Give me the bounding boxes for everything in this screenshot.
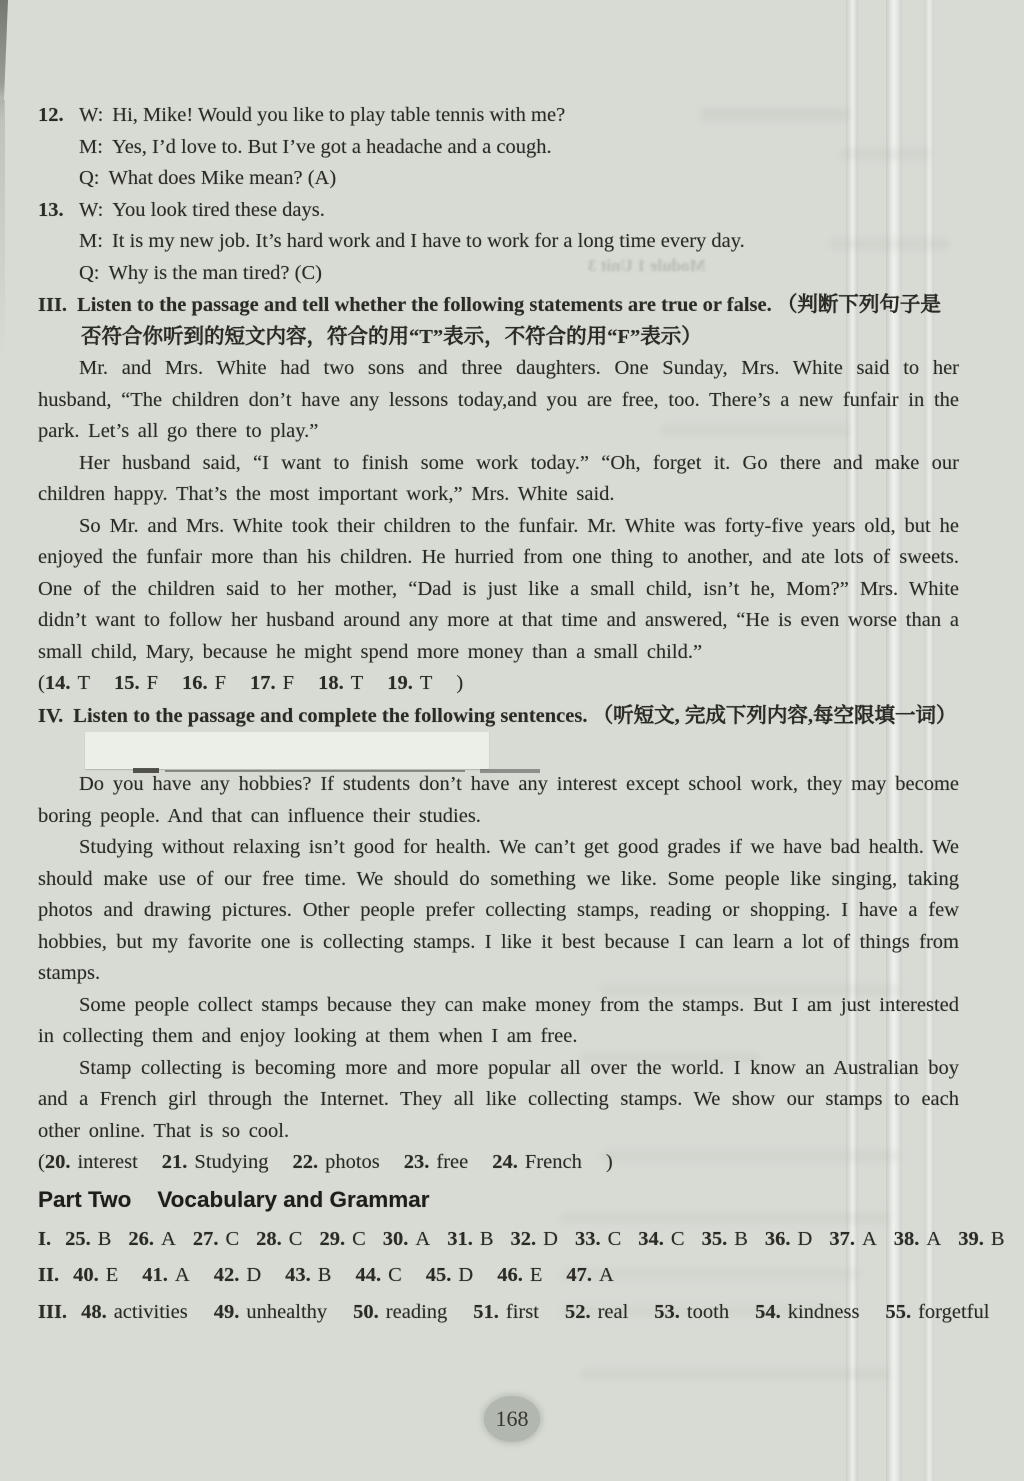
whiteout-correction-box bbox=[85, 732, 489, 769]
answer-number: 23. bbox=[404, 1151, 430, 1173]
answer-value: B bbox=[991, 1228, 1005, 1250]
answer-pair: 27.C bbox=[193, 1228, 239, 1250]
answer-number: 25. bbox=[65, 1228, 91, 1250]
answer-value: A bbox=[926, 1228, 941, 1250]
dialogue-line: M:It is my new job. It’s hard work and I… bbox=[79, 226, 959, 258]
answer-number: 14. bbox=[45, 672, 71, 694]
grammar-answers-section: I.25.B26.A27.C28.C29.C30.A31.B32.D33.C34… bbox=[38, 1224, 959, 1329]
speaker-label: M: bbox=[79, 230, 103, 252]
answer-number: 51. bbox=[473, 1301, 499, 1323]
dialogue-item: 13.W:You look tired these days.M:It is m… bbox=[38, 195, 959, 290]
section-3-true-false: III.Listen to the passage and tell wheth… bbox=[38, 290, 959, 700]
answer-pair: 43.B bbox=[285, 1264, 331, 1286]
passage-paragraph: Some people collect stamps because they … bbox=[38, 990, 959, 1053]
answer-number: 46. bbox=[497, 1264, 523, 1286]
answer-number: 15. bbox=[114, 672, 140, 694]
dialogue-text: You look tired these days. bbox=[112, 199, 325, 221]
dialogue-line: Q:Why is the man tired? (C) bbox=[79, 258, 959, 290]
answer-pair: 54.kindness bbox=[755, 1301, 859, 1323]
answer-value: photos bbox=[325, 1151, 380, 1173]
covered-text-remnant bbox=[480, 769, 540, 773]
answer-value: interest bbox=[77, 1151, 137, 1173]
answer-number: 42. bbox=[214, 1264, 240, 1286]
answer-pair: 30.A bbox=[383, 1228, 430, 1250]
answer-value: E bbox=[106, 1264, 119, 1286]
answer-value: B bbox=[734, 1228, 748, 1250]
answer-value: activities bbox=[114, 1301, 188, 1323]
answer-value: T bbox=[351, 672, 364, 694]
answer-value: reading bbox=[386, 1301, 447, 1323]
answer-pair: 38.A bbox=[894, 1228, 941, 1250]
scanned-answer-page: Module 1 Unit 3 12.W:Hi, Mike! Would you… bbox=[0, 0, 1024, 1481]
answer-number: 53. bbox=[654, 1301, 680, 1323]
answer-value: real bbox=[598, 1301, 629, 1323]
answer-pair: 18.T bbox=[318, 672, 363, 694]
answer-pair: 24.French bbox=[492, 1151, 582, 1173]
answer-number: 40. bbox=[73, 1264, 99, 1286]
section-4-passage: Do you have any hobbies? If students don… bbox=[38, 769, 959, 1147]
dialogue-text: Hi, Mike! Would you like to play table t… bbox=[112, 104, 565, 126]
dialogue-line: W:You look tired these days. bbox=[79, 195, 959, 227]
answer-number: 47. bbox=[566, 1264, 592, 1286]
answer-pair: 39.B bbox=[958, 1228, 1004, 1250]
dialogue-line: Q:What does Mike mean? (A) bbox=[79, 163, 959, 195]
answer-number: 36. bbox=[765, 1228, 791, 1250]
answer-value: F bbox=[283, 672, 294, 694]
section-3-answers: (14.T15.F16.F17.F18.T19.T) bbox=[38, 668, 959, 700]
answer-pair: 20.interest bbox=[45, 1151, 138, 1173]
answer-pair: 26.A bbox=[128, 1228, 175, 1250]
section-4-heading: IV.Listen to the passage and complete th… bbox=[38, 701, 959, 770]
section-3-heading: III.Listen to the passage and tell wheth… bbox=[38, 290, 959, 353]
answer-value: Studying bbox=[194, 1151, 268, 1173]
section-4-complete-sentences: IV.Listen to the passage and complete th… bbox=[38, 701, 959, 1179]
answer-value: A bbox=[862, 1228, 877, 1250]
passage-paragraph: Stamp collecting is becoming more and mo… bbox=[38, 1053, 959, 1148]
answer-number: 21. bbox=[162, 1151, 188, 1173]
answer-pair: 21.Studying bbox=[162, 1151, 269, 1173]
passage-paragraph: Studying without relaxing isn’t good for… bbox=[38, 832, 959, 990]
answer-number: 38. bbox=[894, 1228, 920, 1250]
answer-pair: 40.E bbox=[73, 1264, 118, 1286]
answer-number: 30. bbox=[383, 1228, 409, 1250]
grammar-row-numeral: II. bbox=[38, 1264, 59, 1286]
answer-value: C bbox=[225, 1228, 239, 1250]
answer-pair: 15.F bbox=[114, 672, 158, 694]
speaker-label: Q: bbox=[79, 262, 100, 284]
dialogue-line: M:Yes, I’d love to. But I’ve got a heada… bbox=[79, 132, 959, 164]
paper-edge-shadow bbox=[0, 100, 5, 360]
answer-value: free bbox=[436, 1151, 468, 1173]
answer-pair: 23.free bbox=[404, 1151, 468, 1173]
answer-pair: 22.photos bbox=[292, 1151, 379, 1173]
listening-dialogues-section: 12.W:Hi, Mike! Would you like to play ta… bbox=[38, 100, 959, 289]
answer-pair: 48.activities bbox=[81, 1301, 188, 1323]
paren-close: ) bbox=[456, 672, 463, 694]
answer-pair: 51.first bbox=[473, 1301, 539, 1323]
answer-number: 34. bbox=[638, 1228, 664, 1250]
answer-pair: 28.C bbox=[256, 1228, 302, 1250]
answer-pair: 29.C bbox=[319, 1228, 365, 1250]
answer-pair: 53.tooth bbox=[654, 1301, 729, 1323]
answer-value: first bbox=[506, 1301, 539, 1323]
page-footer: 168 bbox=[0, 1396, 1024, 1442]
answer-value: C bbox=[671, 1228, 685, 1250]
answer-value: A bbox=[415, 1228, 430, 1250]
answer-pair: 44.C bbox=[355, 1264, 401, 1286]
answer-value: C bbox=[289, 1228, 303, 1250]
section-3-numeral: III. bbox=[38, 294, 67, 316]
answer-number: 37. bbox=[829, 1228, 855, 1250]
answer-pair: 31.B bbox=[447, 1228, 493, 1250]
answer-number: 39. bbox=[958, 1228, 984, 1250]
part-two-label: Part Two bbox=[38, 1187, 131, 1212]
answer-value: D bbox=[798, 1228, 813, 1250]
answer-number: 26. bbox=[128, 1228, 154, 1250]
answer-number: 32. bbox=[511, 1228, 537, 1250]
answer-number: 49. bbox=[214, 1301, 240, 1323]
answer-number: 27. bbox=[193, 1228, 219, 1250]
answer-pair: 45.D bbox=[426, 1264, 473, 1286]
dialogue-item-number: 13. bbox=[38, 195, 64, 227]
answer-number: 19. bbox=[387, 672, 413, 694]
covered-text-remnant bbox=[165, 770, 465, 772]
answer-pair: 41.A bbox=[142, 1264, 189, 1286]
grammar-row-numeral: III. bbox=[38, 1301, 67, 1323]
answer-number: 55. bbox=[885, 1301, 911, 1323]
passage-paragraph: So Mr. and Mrs. White took their childre… bbox=[38, 511, 959, 669]
passage-paragraph: Mr. and Mrs. White had two sons and thre… bbox=[38, 353, 959, 448]
section-4-numeral: IV. bbox=[38, 705, 63, 727]
answer-pair: 42.D bbox=[214, 1264, 261, 1286]
answer-value: C bbox=[352, 1228, 366, 1250]
dialogue-text: Yes, I’d love to. But I’ve got a headach… bbox=[112, 136, 552, 158]
answer-number: 31. bbox=[447, 1228, 473, 1250]
speaker-label: M: bbox=[79, 136, 103, 158]
answer-number: 17. bbox=[250, 672, 276, 694]
answer-pair: 34.C bbox=[638, 1228, 684, 1250]
answer-value: D bbox=[246, 1264, 261, 1286]
answer-value: D bbox=[458, 1264, 473, 1286]
answer-pair: 35.B bbox=[702, 1228, 748, 1250]
answer-number: 24. bbox=[492, 1151, 518, 1173]
grammar-row-numeral: I. bbox=[38, 1228, 51, 1250]
answer-number: 22. bbox=[292, 1151, 318, 1173]
answer-number: 54. bbox=[755, 1301, 781, 1323]
part-two-heading: Part TwoVocabulary and Grammar bbox=[38, 1181, 959, 1219]
section-4-title-zh: （听短文, 完成下列内容,每空限填一词） bbox=[593, 705, 957, 727]
speaker-label: Q: bbox=[79, 167, 100, 189]
answer-pair: 19.T bbox=[387, 672, 432, 694]
answer-value: T bbox=[77, 672, 90, 694]
answer-number: 20. bbox=[45, 1151, 71, 1173]
dialogue-text: It is my new job. It’s hard work and I h… bbox=[112, 230, 745, 252]
answer-value: A bbox=[161, 1228, 176, 1250]
part-two-title: Vocabulary and Grammar bbox=[157, 1187, 429, 1212]
answer-number: 48. bbox=[81, 1301, 107, 1323]
answer-value: unhealthy bbox=[246, 1301, 327, 1323]
answer-number: 28. bbox=[256, 1228, 282, 1250]
answer-pair: 46.E bbox=[497, 1264, 542, 1286]
answer-value: C bbox=[388, 1264, 402, 1286]
grammar-answer-row: III.48.activities49.unhealthy50.reading5… bbox=[38, 1297, 959, 1329]
answer-value: B bbox=[98, 1228, 112, 1250]
answer-value: D bbox=[543, 1228, 558, 1250]
paren-open: ( bbox=[38, 672, 45, 694]
answer-value: F bbox=[215, 672, 226, 694]
answer-pair: 14.T bbox=[45, 672, 90, 694]
answer-number: 33. bbox=[575, 1228, 601, 1250]
answer-pair: 52.real bbox=[565, 1301, 628, 1323]
answer-number: 29. bbox=[319, 1228, 345, 1250]
passage-paragraph: Do you have any hobbies? If students don… bbox=[38, 769, 959, 832]
answer-pair: 37.A bbox=[829, 1228, 876, 1250]
answer-pair: 32.D bbox=[511, 1228, 558, 1250]
paren-close: ) bbox=[606, 1151, 613, 1173]
answer-value: B bbox=[318, 1264, 332, 1286]
answer-number: 44. bbox=[355, 1264, 381, 1286]
passage-paragraph: Her husband said, “I want to finish some… bbox=[38, 448, 959, 511]
speaker-label: W: bbox=[79, 199, 103, 221]
section-4-answers: (20.interest21.Studying22.photos23.free2… bbox=[38, 1147, 959, 1179]
dialogue-line: W:Hi, Mike! Would you like to play table… bbox=[79, 100, 959, 132]
answer-pair: 47.A bbox=[566, 1264, 613, 1286]
page-content: 12.W:Hi, Mike! Would you like to play ta… bbox=[38, 100, 959, 1328]
answer-value: kindness bbox=[788, 1301, 860, 1323]
answer-value: E bbox=[530, 1264, 543, 1286]
answer-value: A bbox=[175, 1264, 190, 1286]
answer-number: 35. bbox=[702, 1228, 728, 1250]
answer-number: 16. bbox=[182, 672, 208, 694]
grammar-answer-row: I.25.B26.A27.C28.C29.C30.A31.B32.D33.C34… bbox=[38, 1224, 959, 1256]
answer-value: A bbox=[599, 1264, 614, 1286]
answer-value: French bbox=[525, 1151, 582, 1173]
answer-number: 45. bbox=[426, 1264, 452, 1286]
covered-text-remnant bbox=[133, 768, 159, 773]
speaker-label: W: bbox=[79, 104, 103, 126]
answer-pair: 50.reading bbox=[353, 1301, 447, 1323]
answer-value: F bbox=[147, 672, 158, 694]
dialogue-item: 12.W:Hi, Mike! Would you like to play ta… bbox=[38, 100, 959, 195]
dialogue-item-number: 12. bbox=[38, 100, 64, 132]
answer-pair: 55.forgetful bbox=[885, 1301, 989, 1323]
page-number: 168 bbox=[484, 1396, 540, 1442]
paren-open: ( bbox=[38, 1151, 45, 1173]
answer-number: 50. bbox=[353, 1301, 379, 1323]
grammar-answer-row: II.40.E41.A42.D43.B44.C45.D46.E47.A bbox=[38, 1260, 959, 1292]
answer-pair: 25.B bbox=[65, 1228, 111, 1250]
answer-pair: 33.C bbox=[575, 1228, 621, 1250]
answer-value: tooth bbox=[687, 1301, 729, 1323]
bleed-through-smudge bbox=[580, 1368, 890, 1380]
dialogue-text: What does Mike mean? (A) bbox=[109, 167, 337, 189]
section-3-passage: Mr. and Mrs. White had two sons and thre… bbox=[38, 353, 959, 668]
answer-value: T bbox=[420, 672, 433, 694]
section-4-title-en: Listen to the passage and complete the f… bbox=[73, 705, 587, 727]
dialogue-text: Why is the man tired? (C) bbox=[109, 262, 322, 284]
answer-pair: 16.F bbox=[182, 672, 226, 694]
answer-pair: 49.unhealthy bbox=[214, 1301, 327, 1323]
answer-number: 52. bbox=[565, 1301, 591, 1323]
answer-value: forgetful bbox=[918, 1301, 989, 1323]
answer-pair: 36.D bbox=[765, 1228, 812, 1250]
answer-value: B bbox=[480, 1228, 494, 1250]
section-3-title-en: Listen to the passage and tell whether t… bbox=[77, 294, 772, 316]
answer-pair: 17.F bbox=[250, 672, 294, 694]
answer-number: 41. bbox=[142, 1264, 168, 1286]
answer-number: 43. bbox=[285, 1264, 311, 1286]
answer-value: C bbox=[608, 1228, 622, 1250]
answer-number: 18. bbox=[318, 672, 344, 694]
